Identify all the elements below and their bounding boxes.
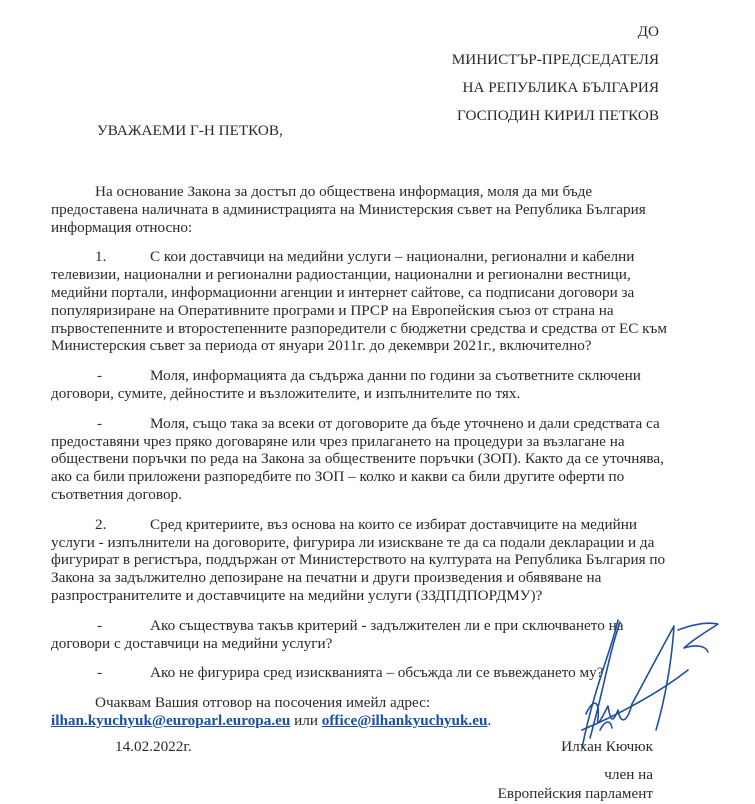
- subpoint-line: ако са били приложени разпоредбите по ЗО…: [51, 468, 691, 486]
- intro-paragraph: На основание Закона за достъп до обществ…: [51, 183, 691, 236]
- subpoint-line: предоставяни чрез пряко договаряне или ч…: [51, 433, 691, 451]
- question-text: Сред критериите, въз основа на които се …: [150, 516, 637, 533]
- list-dash: -: [51, 617, 150, 635]
- question-1: 1.С кои доставчици на медийни услуги – н…: [51, 248, 691, 355]
- question-text: С кои доставчици на медийни услуги – нац…: [150, 248, 634, 265]
- list-number: 2.: [51, 516, 150, 534]
- intro-line: информация относно:: [51, 219, 691, 237]
- question-1-subpoint-1: -Моля, информацията да съдържа данни по …: [51, 367, 691, 403]
- addressee-line-to: ДО: [452, 18, 659, 46]
- addressee-line-country: НА РЕПУБЛИКА БЪЛГАРИЯ: [452, 74, 659, 102]
- salutation: УВАЖАЕМИ Г-Н ПЕТКОВ,: [97, 122, 283, 140]
- question-line: телевизии, национални и регионални радио…: [51, 266, 691, 284]
- question-line: първостепенните и второстепенните разпор…: [51, 320, 691, 338]
- question-line: фигурират в регистъра, поддържан от Мини…: [51, 551, 691, 569]
- subpoint-text: Моля, също така за всеки от договорите д…: [150, 415, 660, 432]
- subpoint-text: Моля, информацията да съдържа данни по г…: [150, 367, 641, 384]
- addressee-block: ДО МИНИСТЪР-ПРЕДСЕДАТЕЛЯ НА РЕПУБЛИКА БЪ…: [452, 18, 659, 130]
- closing-connector: или: [290, 712, 321, 729]
- question-line: Министерския съвет за периода от януари …: [51, 337, 691, 355]
- question-line: услуги - изпълнители на договорите, фигу…: [51, 534, 691, 552]
- subpoint-line: договори, сумите, дейностите и възложите…: [51, 385, 691, 403]
- list-dash: -: [51, 664, 150, 682]
- signer-role-line: Европейския парламент: [498, 784, 653, 803]
- subpoint-line: договори с доставчици на медийни услуги?: [51, 635, 691, 653]
- signer-role-line: член на: [498, 765, 653, 784]
- subpoint-line: обществени поръчки по реда на Закона за …: [51, 450, 691, 468]
- closing-end: .: [487, 712, 491, 729]
- question-line: медийни портали, информационни агенции и…: [51, 284, 691, 302]
- subpoint-line: съответния договор.: [51, 486, 691, 504]
- email-link-office[interactable]: office@ilhankyuchyuk.eu: [322, 712, 488, 729]
- letter-body: На основание Закона за достъп до обществ…: [51, 183, 691, 742]
- closing-text: Очаквам Вашия отговор на посочения имейл…: [51, 694, 691, 712]
- question-2-subpoint-1: -Ако съществува такъв критерий - задължи…: [51, 617, 691, 653]
- question-2-subpoint-2: -Ако не фигурира сред изискванията – обс…: [51, 664, 691, 682]
- closing-paragraph: Очаквам Вашия отговор на посочения имейл…: [51, 694, 691, 730]
- question-line: популяризиране на Оперативните програми …: [51, 302, 691, 320]
- letter-date: 14.02.2022г.: [115, 738, 192, 756]
- addressee-line-title: МИНИСТЪР-ПРЕДСЕДАТЕЛЯ: [452, 46, 659, 74]
- addressee-line-name: ГОСПОДИН КИРИЛ ПЕТКОВ: [452, 102, 659, 130]
- subpoint-text: Ако съществува такъв критерий - задължит…: [150, 617, 623, 634]
- question-line: Закона за задължително депозиране на печ…: [51, 569, 691, 587]
- list-number: 1.: [51, 248, 150, 266]
- intro-line: На основание Закона за достъп до обществ…: [51, 183, 691, 201]
- list-dash: -: [51, 367, 150, 385]
- subpoint-text: Ако не фигурира сред изискванията – обсъ…: [150, 664, 603, 681]
- question-1-subpoint-2: -Моля, също така за всеки от договорите …: [51, 415, 691, 504]
- signer-name: Илхан Кючюк: [561, 738, 653, 756]
- intro-line: предоставена наличната в администрацията…: [51, 201, 691, 219]
- question-line: разпространителите и доставчиците на мед…: [51, 587, 691, 605]
- question-2: 2.Сред критериите, въз основа на които с…: [51, 516, 691, 605]
- email-link-europarl[interactable]: ilhan.kyuchyuk@europarl.europa.eu: [51, 712, 290, 729]
- list-dash: -: [51, 415, 150, 433]
- signer-role: член на Европейския парламент: [498, 765, 653, 803]
